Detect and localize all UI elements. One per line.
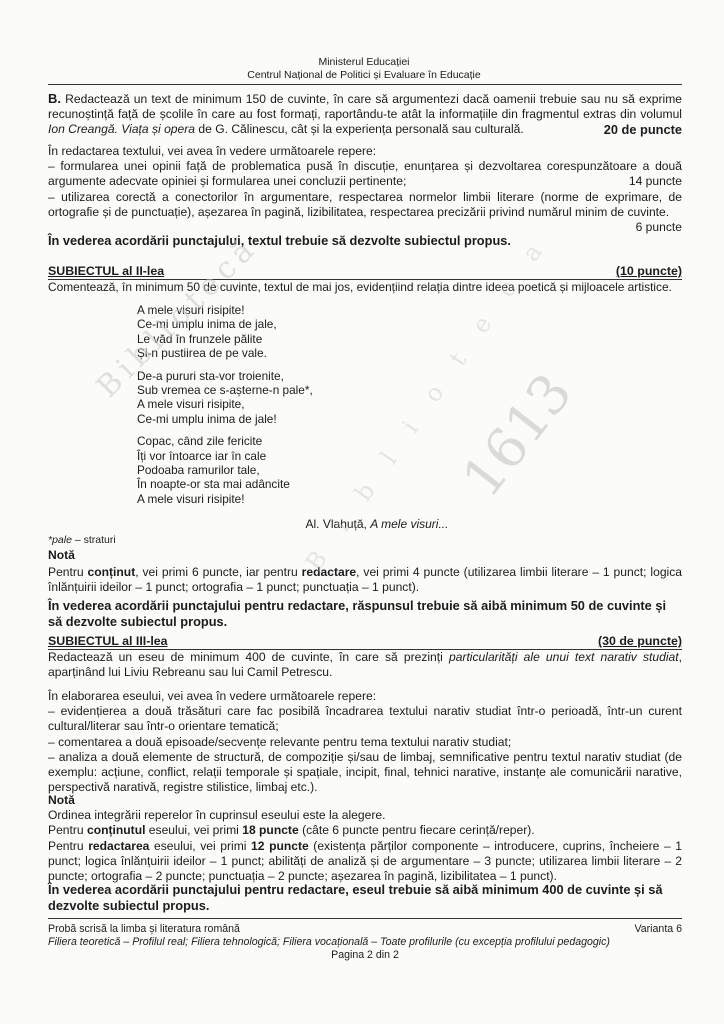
- poem-line: A mele visuri risipite!: [137, 303, 313, 317]
- poem-line: Ce-mi umplu inima de jale!: [137, 412, 313, 426]
- note-title: Notă: [48, 793, 682, 808]
- poem-line: De-a pururi sta-vor troienite,: [137, 369, 313, 383]
- part-b-requirement: În vederea acordării punctajului, textul…: [48, 233, 682, 249]
- footer-divider: [48, 918, 682, 919]
- poem-stanza: Copac, când zile fericiteÎți vor întoarc…: [137, 434, 313, 506]
- poem-line: Îți vor întoarce iar în cale: [137, 449, 313, 463]
- subject-3-requirement: În vederea acordării punctajului pentru …: [48, 882, 682, 914]
- poem-line: Copac, când zile fericite: [137, 434, 313, 448]
- part-b-points: 20 de puncte: [604, 122, 682, 137]
- ministry-name: Ministerul Educației: [48, 56, 680, 69]
- poem-stanza: De-a pururi sta-vor troienite,Sub vremea…: [137, 369, 313, 427]
- poem-line: Ce-mi umplu inima de jale,: [137, 317, 313, 331]
- subject-2-title: SUBIECTUL al II-lea: [48, 264, 164, 279]
- poem-line: Podoaba ramurilor tale,: [137, 463, 313, 477]
- subject-3-points: (30 de puncte): [598, 634, 682, 649]
- part-b-guidelines: În redactarea textului, vei avea în vede…: [48, 144, 682, 235]
- profiles-line: Filiera teoretică – Profilul real; Filie…: [48, 936, 682, 949]
- page-footer: Probă scrisă la limba și literatura româ…: [48, 923, 682, 963]
- subject-3-criterion: – evidențierea a două trăsături care fac…: [48, 704, 682, 734]
- criterion-1: – formularea unei opinii față de problem…: [48, 159, 682, 189]
- poem-line: Și-n pustiirea de pe vale.: [137, 346, 313, 360]
- page-header: Ministerul Educației Centrul Național de…: [48, 56, 680, 82]
- poem: A mele visuri risipite!Ce-mi umplu inima…: [137, 303, 313, 514]
- subject-2-requirement: În vederea acordării punctajului pentru …: [48, 598, 682, 630]
- criterion-2: – utilizarea corectă a conectorilor în a…: [48, 190, 682, 220]
- footnote: *pale – straturi: [48, 533, 682, 548]
- page-number: Pagina 2 din 2: [48, 949, 682, 962]
- poem-attribution: Al. Vlahuță, A mele visuri...: [0, 517, 724, 531]
- poem-stanza: A mele visuri risipite!Ce-mi umplu inima…: [137, 303, 313, 361]
- exam-name: Probă scrisă la limba și literatura româ…: [48, 923, 240, 936]
- criterion-1-points: 14 puncte: [629, 174, 682, 189]
- subject-3-guidelines: În elaborarea eseului, vei avea în veder…: [48, 689, 682, 795]
- center-name: Centrul Național de Politici și Evaluare…: [48, 69, 680, 82]
- subject-2-heading: SUBIECTUL al II-lea(10 puncte) Comenteaz…: [48, 264, 682, 295]
- part-b-label: B.: [48, 91, 61, 106]
- poem-line: Le văd în frunzele pălite: [137, 332, 313, 346]
- poem-line: Sub vremea ce s-așterne-n pale*,: [137, 383, 313, 397]
- subject-3-title: SUBIECTUL al III-lea: [48, 634, 168, 649]
- subject-3-instruction: Redactează un eseu de minimum 400 de cuv…: [48, 650, 682, 680]
- poem-line: A mele visuri risipite!: [137, 492, 313, 506]
- poem-line: A mele visuri risipite,: [137, 397, 313, 411]
- header-divider: [48, 84, 682, 85]
- watermark-number: 1613: [450, 362, 584, 509]
- exam-page: Ministerul Educației Centrul Național de…: [0, 0, 724, 1024]
- subject-3-criterion: – comentarea a două episoade/secvențe re…: [48, 735, 682, 750]
- subject-2-points: (10 puncte): [616, 264, 682, 279]
- subject-2-instruction: Comentează, în minimum 50 de cuvinte, te…: [48, 280, 682, 295]
- subject-3-heading: SUBIECTUL al III-lea(30 de puncte) Redac…: [48, 634, 682, 680]
- subject-3-criterion: – analiza a două elemente de structură, …: [48, 750, 682, 796]
- book-title: Ion Creangă. Viața și opera: [48, 122, 195, 136]
- poem-line: În noapte-or sta mai adâncite: [137, 477, 313, 491]
- poem-title: A mele visuri...: [370, 517, 448, 531]
- note-title: Notă: [48, 548, 682, 563]
- subject-2-note: Notă Pentru conținut, vei primi 6 puncte…: [48, 548, 682, 596]
- part-b-task: B. Redactează un text de minimum 150 de …: [48, 91, 682, 138]
- subject-3-note: Notă Ordinea integrării reperelor în cup…: [48, 793, 682, 884]
- variant-label: Varianta 6: [634, 923, 682, 936]
